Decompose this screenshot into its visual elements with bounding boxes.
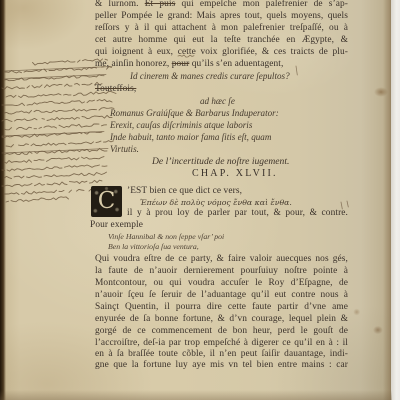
print-line: & ſurnom. Et puis qui empeſche mon palef… bbox=[95, 0, 348, 9]
print-line: il y à prou loy de parler par tout, & po… bbox=[127, 209, 348, 218]
print-line: Pour exemple bbox=[90, 221, 143, 230]
print-line: Sainçt Quentin, il pourra dire cette fau… bbox=[95, 303, 348, 312]
print-line: reſſors y à il qui attachent à mon palef… bbox=[95, 24, 348, 33]
print-line: Erexit, cauſas diſcriminis atque laboris bbox=[110, 121, 252, 130]
printed-text-block: & ſurnom. Et puis qui empeſche mon palef… bbox=[0, 0, 400, 400]
print-line: Qui voudra eſtre de ce party, & faire va… bbox=[95, 255, 348, 264]
ink-struck-text: pour bbox=[172, 59, 190, 69]
print-line: l’accroiſtre, deſ-ia par trop empeſché à… bbox=[95, 339, 348, 348]
print-line: ’EST bien ce que dict ce vers, bbox=[127, 187, 242, 196]
book-page-photo: C & ſurnom. Et puis qui empeſche mon pal… bbox=[0, 0, 400, 400]
print-line: enyurée de ſa bonne fortune, & d’vn cour… bbox=[95, 315, 348, 324]
print-line: gne que la fortune luy aye mis vn tel bi… bbox=[95, 361, 348, 370]
print-line: Montcontour, ou qui voudra accuſer le Ro… bbox=[95, 279, 348, 288]
print-line: Ἐπέων δὲ πολὺς νόμος ἔνθα καὶ ἔνθα. bbox=[140, 199, 292, 207]
print-line: n’auoir ſçeu ſe ſeruir de l’aduantage qu… bbox=[95, 291, 348, 300]
print-line: CHAP. XLVII. bbox=[192, 169, 278, 179]
ink-struck-text: Touteſfois, bbox=[95, 84, 136, 94]
print-line: Inde habuit, tanto maior fama ſitis eſt,… bbox=[110, 133, 271, 142]
print-line: la faute de n’auoir dernierement pourſui… bbox=[95, 267, 348, 276]
print-line: Ben la vittorioſa ſua ventura, bbox=[108, 243, 199, 251]
print-line: cet autre homme qui eut la teſte tranché… bbox=[95, 36, 348, 45]
print-line: qui ioignent à eux, cette voix glorifiée… bbox=[95, 48, 348, 57]
print-line: De l’incertitude de noſtre iugement. bbox=[152, 157, 289, 167]
print-line: Virtutis. bbox=[110, 145, 139, 154]
print-line: Id cinerem & manes credis curare ſepulto… bbox=[130, 72, 290, 81]
ink-struck-text: Et puis bbox=[145, 0, 176, 9]
print-line: Romanus Graiúſque & Barbarus Induperator… bbox=[110, 109, 279, 118]
print-line: gorgé de ce commencement de bon heur, pe… bbox=[95, 327, 348, 336]
print-line: Touteſfois, bbox=[95, 85, 136, 94]
print-line: peller Pompée le grand: Mais apres tout,… bbox=[95, 12, 348, 21]
print-line: ad hæc ſe bbox=[200, 97, 235, 106]
print-line: Vinſe Hannibal & non ſeppe vſar’ poi bbox=[108, 233, 224, 241]
print-line: me, ainſin honorez, pour qu’ils s’en adu… bbox=[95, 60, 283, 69]
print-line: en à ſa braſſée toute cõble, il n’en peu… bbox=[95, 350, 348, 359]
